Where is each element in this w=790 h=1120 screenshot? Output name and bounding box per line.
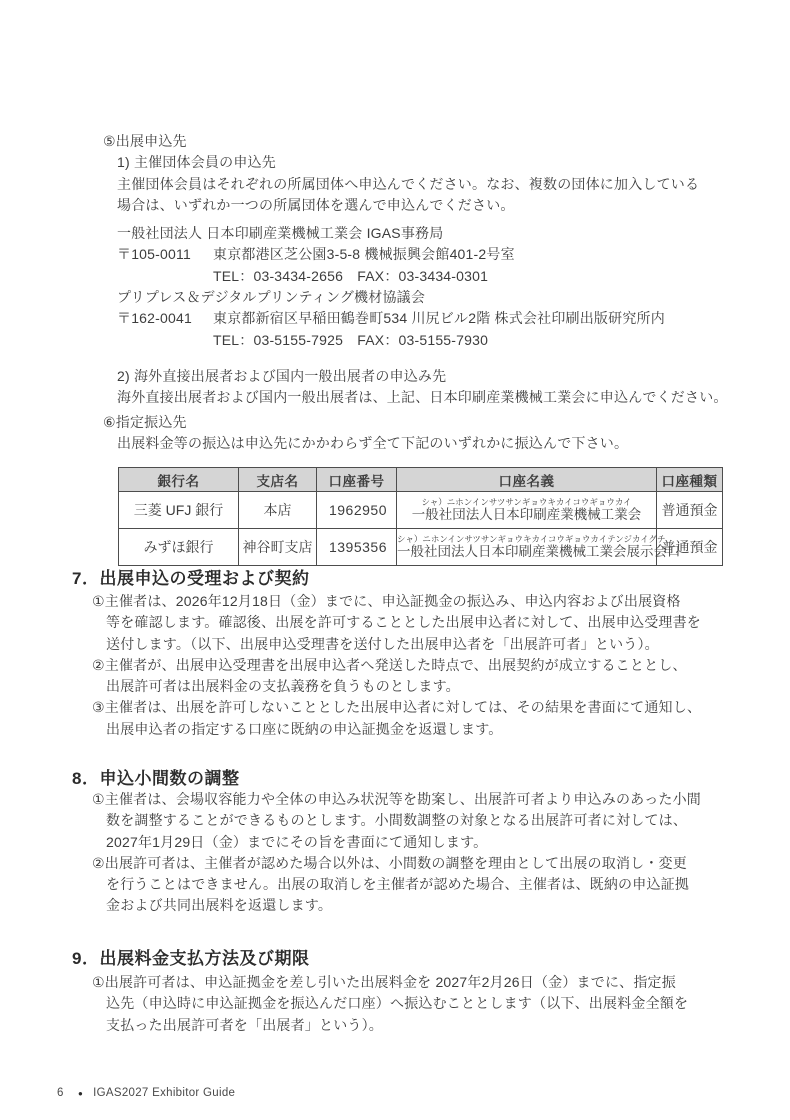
paragraph-line: 支払った出展許可者を「出展者」という）。 bbox=[92, 1015, 688, 1036]
section-9-body: ①出展許可者は、申込証拠金を差し引いた出展料金を 2027年2月26日（金）まで… bbox=[92, 972, 688, 1036]
paragraph-line: ③主催者は、出展を許可しないこととした出展申込者に対しては、その結果を書面にて通… bbox=[92, 697, 701, 718]
table-header-branch: 支店名 bbox=[239, 468, 317, 492]
paragraph-line: 出展申込者の指定する口座に既納の申込証拠金を返還します。 bbox=[92, 719, 701, 740]
bank-name-cell: 三菱 UFJ 銀行 bbox=[119, 492, 239, 529]
table-header-account-holder: 口座名義 bbox=[397, 468, 657, 492]
account-number-cell: 1962950 bbox=[317, 492, 397, 529]
section-5-block: ⑤出展申込先 1) 主催団体会員の申込先 主催団体会員はそれぞれの所属団体へ申込… bbox=[103, 131, 699, 216]
page-footer: 6 ● IGAS2027 Exhibitor Guide bbox=[57, 1087, 235, 1099]
bank-account-table: 銀行名 支店名 口座番号 口座名義 口座種類 三菱 UFJ 銀行 本店 1962… bbox=[118, 467, 723, 566]
bank-account-table-wrapper: 銀行名 支店名 口座番号 口座名義 口座種類 三菱 UFJ 銀行 本店 1962… bbox=[118, 467, 723, 566]
section-5-sub1-title: 1) 主催団体会員の申込先 bbox=[103, 152, 699, 173]
section-5-sub1-line2: 場合は、いずれか一つの所属団体を選んで申込んでください。 bbox=[103, 195, 699, 216]
page-number: 6 bbox=[57, 1087, 78, 1099]
paragraph-line: 込先（申込時に申込証拠金を振込んだ口座）へ振込むこととします（以下、出展料金全額… bbox=[92, 993, 688, 1014]
branch-name-cell: 神谷町支店 bbox=[239, 529, 317, 566]
section-7-heading: 7．出展申込の受理および契約 bbox=[72, 564, 309, 589]
table-header-account-number: 口座番号 bbox=[317, 468, 397, 492]
section-5-sub2-title: 2) 海外直接出展者および国内一般出展者の申込み先 bbox=[117, 366, 728, 387]
organization-2-address: 東京都新宿区早稲田鶴巻町534 川尻ビル2階 株式会社印刷出版研究所内 bbox=[213, 310, 665, 326]
paragraph-line: 数を調整することができるものとします。小間数調整の対象となる出展許可者に対しては… bbox=[92, 810, 701, 831]
account-holder-cell: シャ）ニホンインサツサンギョウキカイコウギョウカイテンジカイグチ 一般社団法人日… bbox=[397, 529, 657, 566]
table-header-account-type: 口座種類 bbox=[657, 468, 723, 492]
organization-1-postal-code: 〒105-0011 bbox=[117, 244, 213, 265]
document-page: ⑤出展申込先 1) 主催団体会員の申込先 主催団体会員はそれぞれの所属団体へ申込… bbox=[0, 0, 790, 1120]
bank-name-cell: みずほ銀行 bbox=[119, 529, 239, 566]
paragraph-line: 出展許可者は出展料金の支払義務を負うものとします。 bbox=[92, 676, 701, 697]
account-holder-furigana: シャ）ニホンインサツサンギョウキカイコウギョウカイ bbox=[397, 497, 656, 507]
organization-2-block: プリプレス＆デジタルプリンティング機材協議会 〒162-0041東京都新宿区早稲… bbox=[117, 287, 665, 351]
paragraph-line: ②主催者が、出展申込受理書を出展申込者へ発送した時点で、出展契約が成立することと… bbox=[92, 655, 701, 676]
section-9-heading: 9．出展料金支払方法及び期限 bbox=[72, 944, 309, 969]
table-row: 三菱 UFJ 銀行 本店 1962950 シャ）ニホンインサツサンギョウキカイコ… bbox=[119, 492, 723, 529]
section-6-heading: ⑥指定振込先 bbox=[103, 412, 628, 433]
account-type-cell: 普通預金 bbox=[657, 529, 723, 566]
account-holder-name: 一般社団法人日本印刷産業機械工業会展示会口 bbox=[397, 544, 656, 560]
organization-1-address: 東京都港区芝公園3-5-8 機械振興会館401-2号室 bbox=[213, 246, 515, 262]
organization-1-name: 一般社団法人 日本印刷産業機械工業会 IGAS事務局 bbox=[117, 223, 515, 244]
paragraph-line: ①出展許可者は、申込証拠金を差し引いた出展料金を 2027年2月26日（金）まで… bbox=[92, 972, 688, 993]
section-8-body: ①主催者は、会場収容能力や全体の申込み状況等を勘案し、出展許可者より申込みのあっ… bbox=[92, 789, 701, 917]
section-5-sub2-line1: 海外直接出展者および国内一般出展者は、上記、日本印刷産業機械工業会に申込んでくだ… bbox=[117, 387, 728, 408]
paragraph-line: ①主催者は、会場収容能力や全体の申込み状況等を勘案し、出展許可者より申込みのあっ… bbox=[92, 789, 701, 810]
footer-guide-title: IGAS2027 Exhibitor Guide bbox=[93, 1087, 235, 1099]
account-holder-name: 一般社団法人日本印刷産業機械工業会 bbox=[397, 507, 656, 523]
table-row: みずほ銀行 神谷町支店 1395356 シャ）ニホンインサツサンギョウキカイコウ… bbox=[119, 529, 723, 566]
section-8-heading: 8．申込小間数の調整 bbox=[72, 764, 239, 789]
organization-2-address-line: 〒162-0041東京都新宿区早稲田鶴巻町534 川尻ビル2階 株式会社印刷出版… bbox=[117, 308, 665, 329]
account-holder-cell: シャ）ニホンインサツサンギョウキカイコウギョウカイ 一般社団法人日本印刷産業機械… bbox=[397, 492, 657, 529]
table-header-row: 銀行名 支店名 口座番号 口座名義 口座種類 bbox=[119, 468, 723, 492]
organization-2-name: プリプレス＆デジタルプリンティング機材協議会 bbox=[117, 287, 665, 308]
paragraph-line: 送付します。（以下、出展申込受理書を送付した出展申込者を「出展許可者」という）。 bbox=[92, 634, 701, 655]
organization-1-address-line: 〒105-0011東京都港区芝公園3-5-8 機械振興会館401-2号室 bbox=[117, 244, 515, 265]
account-holder-furigana: シャ）ニホンインサツサンギョウキカイコウギョウカイテンジカイグチ bbox=[397, 534, 656, 544]
organization-2-postal-code: 〒162-0041 bbox=[117, 308, 213, 329]
paragraph-line: 等を確認します。確認後、出展を許可することとした出展申込者に対して、出展申込受理… bbox=[92, 612, 701, 633]
paragraph-line: 金および共同出展料を返還します。 bbox=[92, 895, 701, 916]
branch-name-cell: 本店 bbox=[239, 492, 317, 529]
section-5-sub2-block: 2) 海外直接出展者および国内一般出展者の申込み先 海外直接出展者および国内一般… bbox=[117, 366, 728, 409]
section-7-body: ①主催者は、2026年12月18日（金）までに、申込証拠金の振込み、申込内容およ… bbox=[92, 591, 701, 740]
organization-1-block: 一般社団法人 日本印刷産業機械工業会 IGAS事務局 〒105-0011東京都港… bbox=[117, 223, 515, 287]
paragraph-line: を行うことはできません。出展の取消しを主催者が認めた場合、主催者は、既納の申込証… bbox=[92, 874, 701, 895]
footer-bullet-icon: ● bbox=[78, 1089, 83, 1098]
section-5-sub1-line1: 主催団体会員はそれぞれの所属団体へ申込んでください。なお、複数の団体に加入してい… bbox=[103, 174, 699, 195]
paragraph-line: 2027年1月29日（金）までにその旨を書面にて通知します。 bbox=[92, 832, 701, 853]
paragraph-line: ①主催者は、2026年12月18日（金）までに、申込証拠金の振込み、申込内容およ… bbox=[92, 591, 701, 612]
account-number-cell: 1395356 bbox=[317, 529, 397, 566]
account-type-cell: 普通預金 bbox=[657, 492, 723, 529]
section-6-line1: 出展料金等の振込は申込先にかかわらず全て下記のいずれかに振込んで下さい。 bbox=[103, 433, 628, 454]
table-header-bank: 銀行名 bbox=[119, 468, 239, 492]
section-6-block: ⑥指定振込先 出展料金等の振込は申込先にかかわらず全て下記のいずれかに振込んで下… bbox=[103, 412, 628, 455]
section-5-heading: ⑤出展申込先 bbox=[103, 131, 699, 152]
organization-2-tel-fax: TEL：03-5155-7925 FAX：03-5155-7930 bbox=[117, 330, 665, 351]
paragraph-line: ②出展許可者は、主催者が認めた場合以外は、小間数の調整を理由として出展の取消し・… bbox=[92, 853, 701, 874]
organization-1-tel-fax: TEL：03-3434-2656 FAX：03-3434-0301 bbox=[117, 266, 515, 287]
